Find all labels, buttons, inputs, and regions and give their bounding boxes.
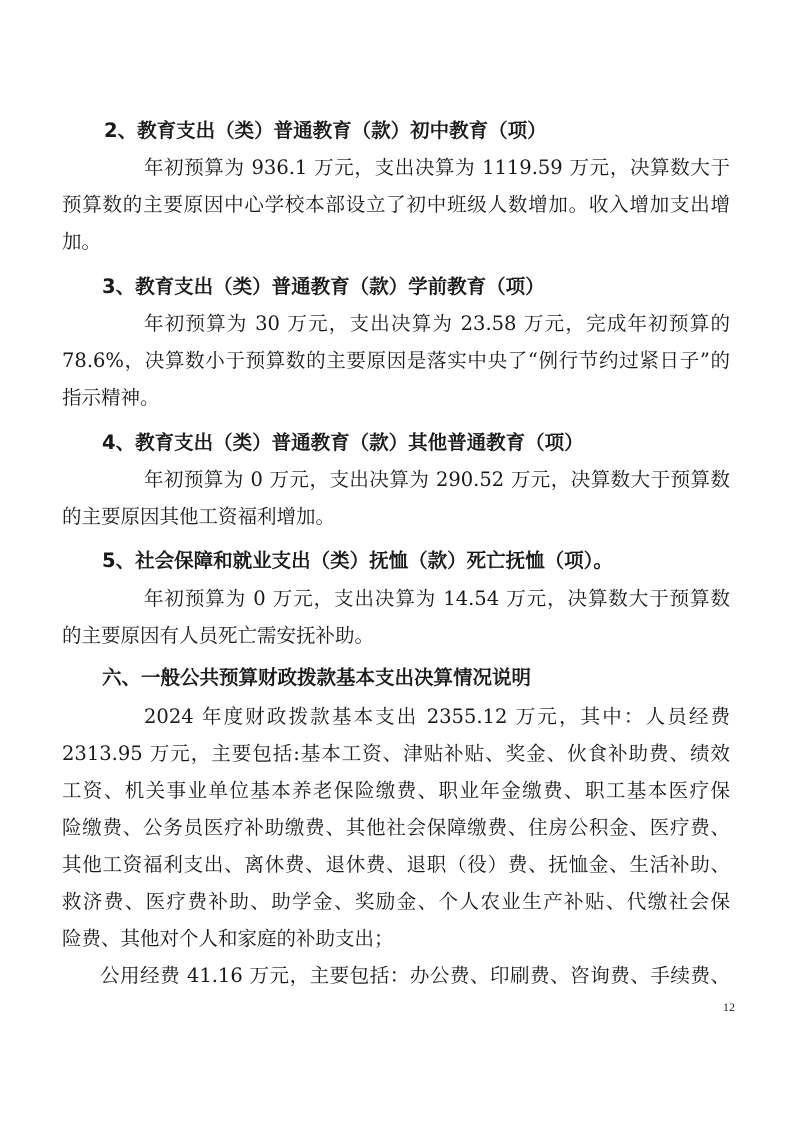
paragraph-line: 的主要原因有人员死亡需安抚补助。 <box>62 623 374 649</box>
paragraph-line: 2313.95 万元，主要包括:基本工资、津贴补贴、奖金、伙食补助费、绩效 <box>62 741 730 767</box>
paragraph-line: 险费、其他对个人和家庭的补助支出； <box>62 926 394 952</box>
paragraph-line: 年初预算为 0 万元，支出决算为 290.52 万元，决算数大于预算数 <box>144 467 730 493</box>
paragraph-line: 指示精神。 <box>62 385 160 411</box>
paragraph-line: 78.6%，决算数小于预算数的主要原因是落实中央了“例行节约过紧日子”的 <box>62 348 730 374</box>
paragraph-line: 预算数的主要原因中心学校本部设立了初中班级人数增加。收入增加支出增 <box>62 192 730 218</box>
section-heading-5: 5、社会保障和就业支出（类）抚恤（款）死亡抚恤（项）。 <box>102 548 613 574</box>
section-heading-4: 4、教育支出（类）普通教育（款）其他普通教育（项） <box>102 430 584 456</box>
section-heading-2: 2、教育支出（类）普通教育（款）初中教育（项） <box>104 118 547 144</box>
paragraph-line: 年初预算为 0 万元，支出决算为 14.54 万元，决算数大于预算数 <box>144 586 730 612</box>
paragraph-line: 工资、机关事业单位基本养老保险缴费、职业年金缴费、职工基本医疗保 <box>62 778 730 804</box>
paragraph-line: 加。 <box>62 229 101 255</box>
paragraph-line: 救济费、医疗费补助、助学金、奖励金、个人农业生产补贴、代缴社会保 <box>62 889 730 915</box>
paragraph-line: 公用经费 41.16 万元，主要包括：办公费、印刷费、咨询费、手续费、 <box>100 963 730 989</box>
page-number: 12 <box>723 1000 735 1015</box>
paragraph-line: 其他工资福利支出、离休费、退休费、退职（役）费、抚恤金、生活补助、 <box>62 852 730 878</box>
paragraph-line: 的主要原因其他工资福利增加。 <box>62 504 335 530</box>
section-heading-3: 3、教育支出（类）普通教育（款）学前教育（项） <box>102 274 545 300</box>
paragraph-line: 2024 年度财政拨款基本支出 2355.12 万元，其中：人员经费 <box>144 704 730 730</box>
section-heading-6: 六、一般公共预算财政拨款基本支出决算情况说明 <box>102 665 531 691</box>
paragraph-line: 年初预算为 936.1 万元，支出决算为 1119.59 万元，决算数大于 <box>144 155 730 181</box>
paragraph-line: 险缴费、公务员医疗补助缴费、其他社会保障缴费、住房公积金、医疗费、 <box>62 815 730 841</box>
paragraph-line: 年初预算为 30 万元，支出决算为 23.58 万元，完成年初预算的 <box>144 311 730 337</box>
